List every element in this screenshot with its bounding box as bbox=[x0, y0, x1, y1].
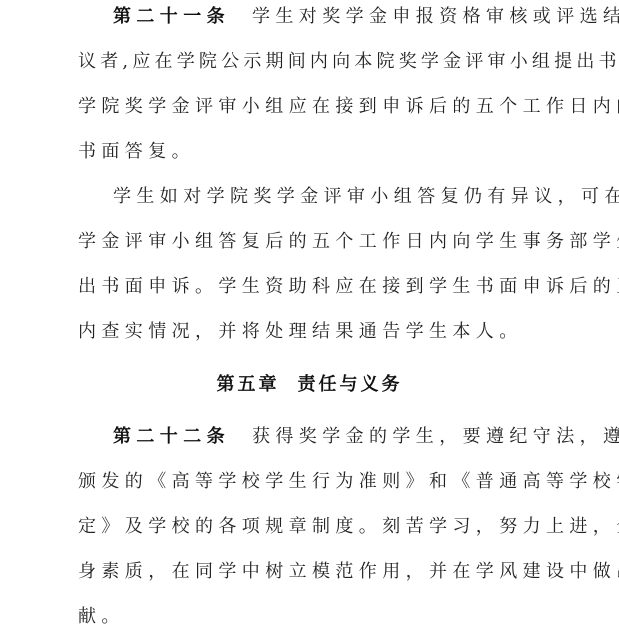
appeal-paragraph-line: 出书面申诉。学生资助科应在接到学生书面申诉后的五个工作日 bbox=[78, 275, 560, 299]
article-22-line: 颁发的《高等学校学生行为准则》和《普通高等学校学生管理规 bbox=[78, 470, 560, 494]
chapter-label: 第五章 bbox=[217, 374, 280, 395]
appeal-paragraph-line: 学金评审小组答复后的五个工作日内向学生事务部学生资助科提 bbox=[78, 230, 560, 254]
appeal-paragraph-line: 内查实情况，并将处理结果通告学生本人。 bbox=[78, 320, 560, 344]
article-22-line: 献。 bbox=[78, 605, 560, 629]
article-22-first-line: 第二十二条获得奖学金的学生，要遵纪守法，遵守教育部 bbox=[113, 425, 595, 449]
article-21-line: 书面答复。 bbox=[78, 140, 560, 164]
article-22-label: 第二十二条 bbox=[113, 426, 230, 447]
article-22-line: 身素质，在同学中树立模范作用，并在学风建设中做出应有的贡 bbox=[78, 560, 560, 584]
chapter-heading: 第五章责任与义务 bbox=[0, 373, 619, 397]
document-page: 第二十一条学生对奖学金申报资格审核或评选结果有异 议者,应在学院公示期间内向本院… bbox=[0, 0, 619, 636]
article-21-first-line: 第二十一条学生对奖学金申报资格审核或评选结果有异 bbox=[113, 5, 595, 29]
chapter-title: 责任与义务 bbox=[298, 374, 403, 395]
article-22-line: 定》及学校的各项规章制度。刻苦学习，努力上进，全面提高自 bbox=[78, 515, 560, 539]
article-22-text: 获得奖学金的学生，要遵纪守法，遵守教育部 bbox=[252, 426, 619, 447]
appeal-paragraph-first-line: 学生如对学院奖学金评审小组答复仍有异议，可在收到院奖 bbox=[113, 185, 595, 209]
article-21-line: 学院奖学金评审小组应在接到申诉后的五个工作日内向学生做出 bbox=[78, 95, 560, 119]
article-21-label: 第二十一条 bbox=[113, 6, 230, 27]
article-21-line: 议者,应在学院公示期间内向本院奖学金评审小组提出书面申诉。 bbox=[78, 50, 560, 74]
article-21-text: 学生对奖学金申报资格审核或评选结果有异 bbox=[252, 6, 619, 27]
